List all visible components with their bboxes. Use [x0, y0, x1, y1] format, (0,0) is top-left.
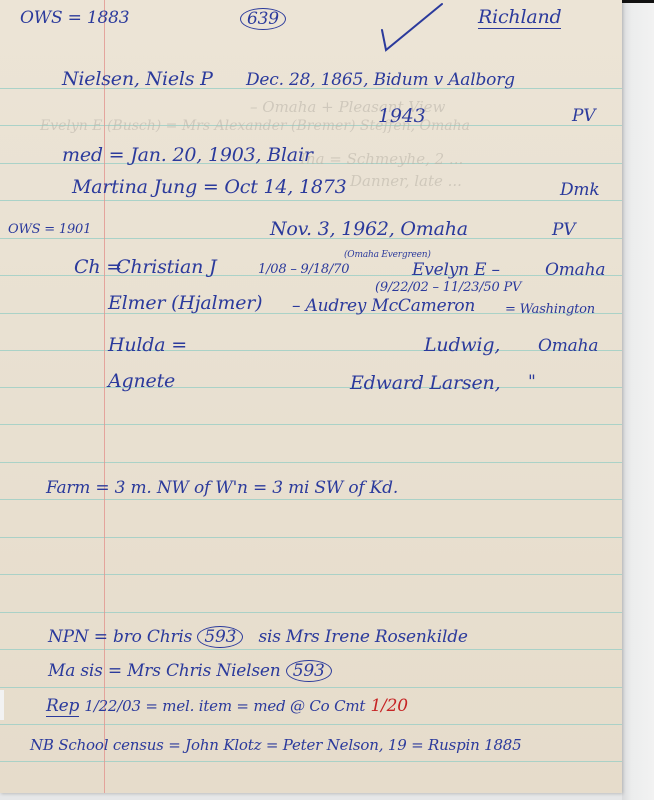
bleed-through-text: Ina = Schmeyhe, 2 ...	[300, 150, 463, 168]
child-place: Omaha	[538, 336, 598, 356]
rep-red-date: 1/20	[370, 696, 407, 716]
child-spouse: Ludwig,	[424, 334, 500, 356]
rule-line	[0, 350, 622, 351]
rule-line	[0, 574, 622, 575]
child-name: Elmer (Hjalmer)	[108, 292, 262, 314]
checkmark-icon	[378, 2, 448, 54]
location-label: Richland	[478, 6, 561, 29]
rule-line	[0, 200, 622, 201]
child-spouse: Edward Larsen,	[350, 372, 500, 394]
npn-sister: sis Mrs Irene Rosenkilde	[258, 627, 467, 647]
location: Richland	[478, 6, 561, 28]
child-place: "	[528, 372, 536, 392]
subject-death-year: 1943	[378, 105, 426, 127]
rule-line	[0, 649, 622, 650]
subject-birth: Dec. 28, 1865, Bidum v Aalborg	[246, 70, 515, 90]
rule-line	[0, 424, 622, 425]
rep-label: Rep	[46, 696, 79, 717]
ma-sis-ref-circle: 593	[286, 660, 332, 682]
bleed-through-text: Danner, late ...	[350, 172, 462, 190]
child-spouse: – Audrey McCameron	[292, 296, 475, 316]
child-spouse: Evelyn E –	[412, 260, 500, 280]
marriage-date: med = Jan. 20, 1903, Blair	[62, 144, 313, 166]
rule-line	[0, 537, 622, 538]
spouse-name-birth: Martina Jung = Oct 14, 1873	[72, 176, 347, 198]
scanner-edge	[622, 0, 654, 3]
npn-prefix: NPN = bro Chris	[48, 627, 192, 647]
child-place: = Washington	[505, 302, 595, 317]
child-name: Hulda =	[108, 334, 187, 356]
subject-burial: PV	[572, 106, 595, 126]
school-census-note: NB School census = John Klotz = Peter Ne…	[30, 736, 522, 754]
child-place: Omaha	[545, 260, 605, 280]
rep-text: 1/22/03 = mel. item = med @ Co Cmt	[84, 697, 365, 715]
child-dates: (9/22/02 – 11/23/50 PV	[375, 280, 521, 295]
rep-note: Rep 1/22/03 = mel. item = med @ Co Cmt 1…	[46, 696, 408, 716]
spouse-immigration: OWS = 1901	[8, 222, 91, 237]
rule-line	[0, 724, 622, 725]
paper-scuff	[0, 690, 4, 720]
npn-note: NPN = bro Chris 593 sis Mrs Irene Rosenk…	[48, 626, 468, 648]
spouse-burial: PV	[552, 220, 575, 240]
rule-line	[0, 462, 622, 463]
record-number-circle: 639	[240, 8, 286, 30]
children-label: Ch =	[74, 256, 122, 278]
immigration-year: OWS = 1883	[20, 8, 129, 28]
ma-sis-note: Ma sis = Mrs Chris Nielsen 593	[48, 660, 332, 682]
rule-line	[0, 761, 622, 762]
record-number: 639	[240, 8, 286, 30]
spouse-origin: Dmk	[560, 180, 599, 200]
child-note: (Omaha Evergreen)	[344, 250, 431, 260]
farm-location: Farm = 3 m. NW of W'n = 3 mi SW of Kd.	[46, 478, 398, 498]
spouse-death: Nov. 3, 1962, Omaha	[270, 218, 468, 240]
ma-sis-prefix: Ma sis = Mrs Chris Nielsen	[48, 661, 281, 681]
child-name: Agnete	[108, 370, 175, 392]
rule-line	[0, 687, 622, 688]
rule-line	[0, 612, 622, 613]
npn-ref-circle: 593	[197, 626, 243, 648]
child-dates: 1/08 – 9/18/70	[258, 262, 349, 277]
ruled-paper-card: – Omaha + Pleasant View Evelyn E (Busch)…	[0, 0, 622, 793]
scanner-background	[622, 0, 654, 800]
rule-line	[0, 499, 622, 500]
subject-name: Nielsen, Niels P	[62, 68, 213, 90]
child-name: Christian J	[116, 256, 216, 278]
